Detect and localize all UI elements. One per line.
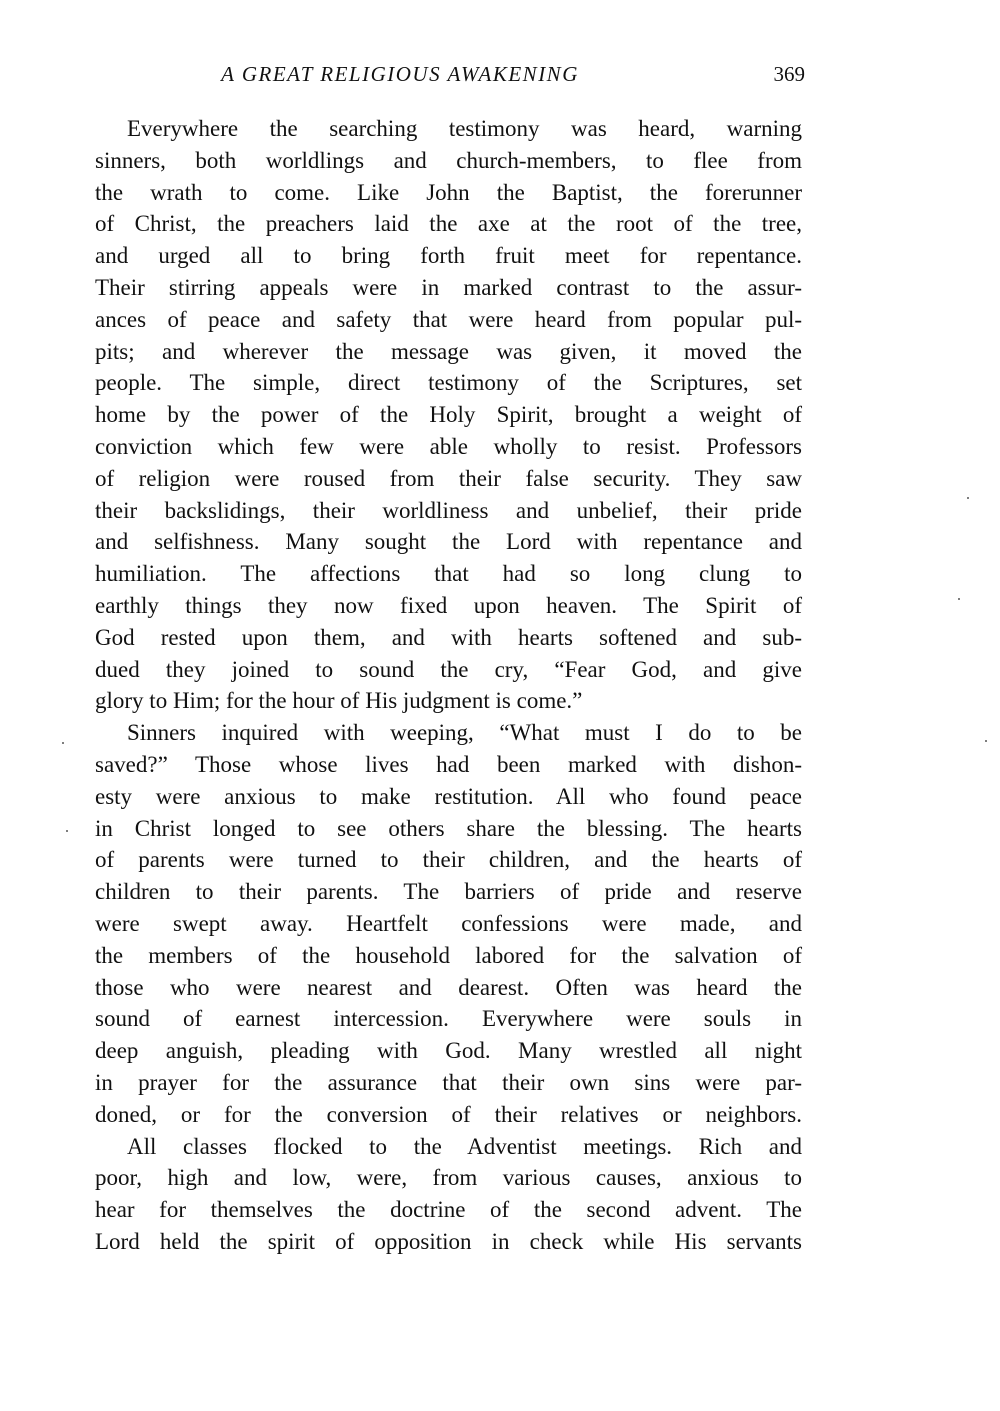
text-line: Everywhere the searching testimony was h… <box>95 113 802 145</box>
scan-speck <box>985 740 987 742</box>
text-line: children to their parents. The barriers … <box>95 876 802 908</box>
paragraph-2: Sinners inquired with weeping, “What mus… <box>95 717 802 1130</box>
text-line: dued they joined to sound the cry, “Fear… <box>95 654 802 686</box>
text-line: Lord held the spirit of opposition in ch… <box>95 1226 802 1258</box>
text-line: the wrath to come. Like John the Baptist… <box>95 177 802 209</box>
text-line: in Christ longed to see others share the… <box>95 813 802 845</box>
page-body: Everywhere the searching testimony was h… <box>95 113 802 1258</box>
text-line: pits; and wherever the message was given… <box>95 336 802 368</box>
text-line: doned, or for the conversion of their re… <box>95 1099 802 1131</box>
scan-speck <box>967 497 969 499</box>
text-line: their backslidings, their worldliness an… <box>95 495 802 527</box>
text-line: home by the power of the Holy Spirit, br… <box>95 399 802 431</box>
text-line: were swept away. Heartfelt confessions w… <box>95 908 802 940</box>
text-line: deep anguish, pleading with God. Many wr… <box>95 1035 802 1067</box>
text-line: of Christ, the preachers laid the axe at… <box>95 208 802 240</box>
page-number: 369 <box>774 62 806 87</box>
text-line: of religion were roused from their false… <box>95 463 802 495</box>
text-line: of parents were turned to their children… <box>95 844 802 876</box>
text-line: God rested upon them, and with hearts so… <box>95 622 802 654</box>
running-title: A GREAT RELIGIOUS AWAKENING <box>95 62 705 87</box>
running-head: A GREAT RELIGIOUS AWAKENING 369 <box>95 62 805 94</box>
text-line: people. The simple, direct testimony of … <box>95 367 802 399</box>
text-line: Their stirring appeals were in marked co… <box>95 272 802 304</box>
text-line: sinners, both worldlings and church-memb… <box>95 145 802 177</box>
text-line: and selfishness. Many sought the Lord wi… <box>95 526 802 558</box>
text-line: in prayer for the assurance that their o… <box>95 1067 802 1099</box>
book-page: A GREAT RELIGIOUS AWAKENING 369 Everywhe… <box>0 0 1000 1411</box>
text-line: Sinners inquired with weeping, “What mus… <box>95 717 802 749</box>
text-line: humiliation. The affections that had so … <box>95 558 802 590</box>
text-line: sound of earnest intercession. Everywher… <box>95 1003 802 1035</box>
paragraph-3: All classes flocked to the Adventist mee… <box>95 1131 802 1258</box>
scan-speck <box>958 598 960 600</box>
text-line: All classes flocked to the Adventist mee… <box>95 1131 802 1163</box>
text-line: esty were anxious to make restitution. A… <box>95 781 802 813</box>
text-line: those who were nearest and dearest. Ofte… <box>95 972 802 1004</box>
scan-speck <box>66 830 68 832</box>
text-line: glory to Him; for the hour of His judgme… <box>95 685 802 717</box>
text-line: poor, high and low, were, from various c… <box>95 1162 802 1194</box>
paragraph-1: Everywhere the searching testimony was h… <box>95 113 802 717</box>
text-line: the members of the household labored for… <box>95 940 802 972</box>
scan-speck <box>62 742 64 744</box>
text-line: and urged all to bring forth fruit meet … <box>95 240 802 272</box>
text-line: earthly things they now fixed upon heave… <box>95 590 802 622</box>
text-line: ances of peace and safety that were hear… <box>95 304 802 336</box>
text-line: hear for themselves the doctrine of the … <box>95 1194 802 1226</box>
text-line: conviction which few were able wholly to… <box>95 431 802 463</box>
text-line: saved?” Those whose lives had been marke… <box>95 749 802 781</box>
